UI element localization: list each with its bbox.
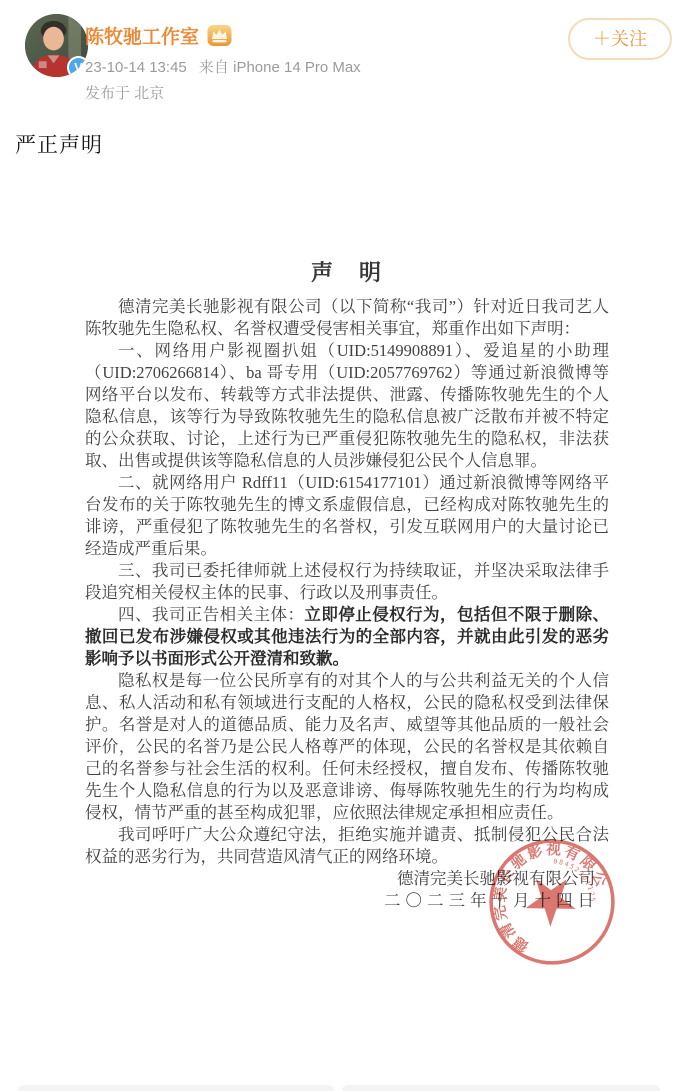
document-date: 二〇二三年十月十四日: [85, 890, 609, 912]
document-paragraph: 二、就网络用户 Rdff11（UID:6154177101）通过新浪微博等网络平…: [85, 472, 609, 560]
follow-button[interactable]: ＋关注: [568, 18, 672, 60]
document-paragraph: 我司呼吁广大公众遵纪守法，拒绝实施并谴责、抵制侵犯公民合法权益的恶劣行为，共同营…: [85, 824, 609, 868]
document-paragraph: 三、我司已委托律师就上述侵权行为持续取证，并坚决采取法律手段追究相关侵权主体的民…: [85, 560, 609, 604]
location-line: 发布于 北京: [85, 82, 164, 103]
device-source[interactable]: iPhone 14 Pro Max: [233, 59, 361, 76]
document-title: 声 明: [85, 262, 609, 284]
vip-crown-icon: [207, 24, 232, 47]
statement-document: 声 明 德清完美长驰影视有限公司（以下简称“我司”）针对近日我司艺人陈牧驰先生隐…: [85, 262, 609, 912]
avatar[interactable]: V: [25, 14, 88, 77]
next-image-thumbnail[interactable]: [18, 1085, 334, 1091]
document-paragraph: 一、网络用户影视圈扒姐（UID:5149908891）、爱追星的小助理（UID:…: [85, 340, 609, 472]
document-paragraph: 德清完美长驰影视有限公司（以下简称“我司”）针对近日我司艺人陈牧驰先生隐私权、名…: [85, 296, 609, 340]
paragraph-prefix: 四、我司正告相关主体：: [118, 605, 304, 624]
document-paragraph: 隐私权是每一位公民所享有的对其个人的与公共利益无关的个人信息、私人活动和私有领域…: [85, 670, 609, 824]
timestamp: 23-10-14 13:45: [85, 59, 187, 76]
document-signature: 德清完美长驰影视有限公司: [85, 868, 609, 890]
username[interactable]: 陈牧驰工作室: [85, 22, 199, 49]
next-image-thumbnail[interactable]: [342, 1085, 660, 1091]
document-paragraph: 四、我司正告相关主体：立即停止侵权行为，包括但不限于删除、撤回已发布涉嫌侵权或其…: [85, 604, 609, 670]
statement-document-image[interactable]: 声 明 德清完美长驰影视有限公司（以下简称“我司”）针对近日我司艺人陈牧驰先生隐…: [0, 170, 690, 1082]
post-header: V 陈牧驰工作室 23-10-14 13:45 来自 iPhone 14 Pro…: [25, 14, 672, 114]
post-text: 严正声明: [15, 129, 103, 159]
source-prefix: 来自: [199, 59, 229, 76]
post-meta: 23-10-14 13:45 来自 iPhone 14 Pro Max: [85, 56, 361, 77]
